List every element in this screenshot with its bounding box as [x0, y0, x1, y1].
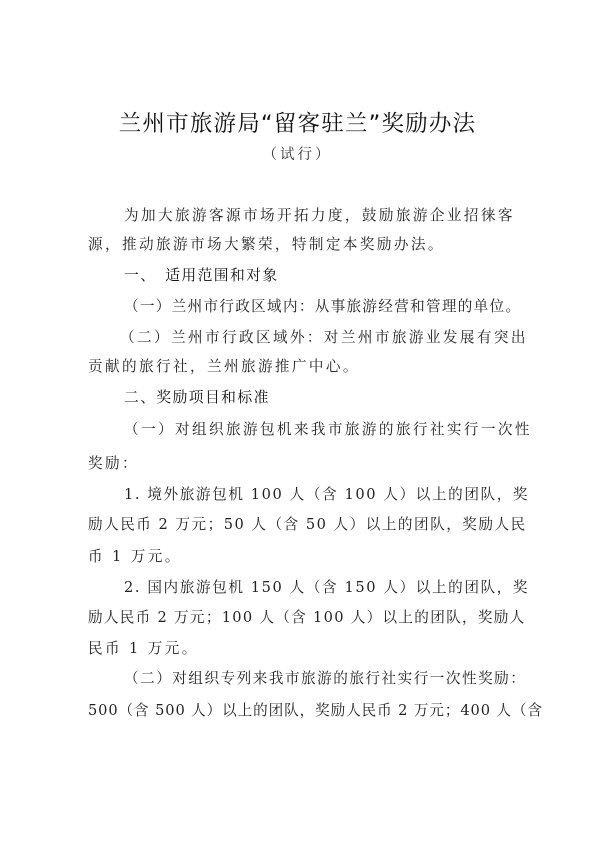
reward-item-1-line-2: 奖励：: [88, 454, 508, 474]
reward-item-2-line-1: （二）对组织专列来我市旅游的旅行社实行一次性奖励：: [124, 669, 508, 689]
document-page: 兰州市旅游局“留客驻兰”奖励办法 （试行） 为加大旅游客源市场开拓力度，鼓励旅游…: [0, 0, 595, 842]
charter-domestic-line-2: 励人民币 2 万元；100 人（含 100 人）以上的团队，奖励人: [88, 608, 508, 628]
charter-domestic-line-1: 2. 国内旅游包机 150 人（含 150 人）以上的团队，奖: [124, 578, 508, 598]
scope-item-1: （一）兰州市行政区域内：从事旅游经营和管理的单位。: [124, 297, 508, 317]
reward-item-1-line-1: （一）对组织旅游包机来我市旅游的旅行社实行一次性: [124, 420, 508, 440]
charter-abroad-line-2: 励人民币 2 万元；50 人（含 50 人）以上的团队，奖励人民: [88, 515, 508, 535]
section-heading-2: 二、奖励项目和标准: [124, 388, 508, 408]
intro-paragraph-line-1: 为加大旅游客源市场开拓力度，鼓励旅游企业招徕客: [124, 206, 508, 226]
scope-item-2-line-2: 贡献的旅行社，兰州旅游推广中心。: [88, 357, 508, 377]
scope-item-2-line-1: （二）兰州市行政区域外：对兰州市旅游业发展有突出: [120, 328, 540, 348]
reward-item-2-line-2: 500（含 500 人）以上的团队，奖励人民币 2 万元；400 人（含: [88, 701, 508, 721]
charter-abroad-line-3: 币 1 万元。: [88, 547, 508, 567]
charter-abroad-line-1: 1. 境外旅游包机 100 人（含 100 人）以上的团队，奖: [124, 485, 508, 505]
document-subtitle: （试行）: [0, 143, 595, 164]
charter-domestic-line-3: 民币 1 万元。: [88, 639, 508, 659]
intro-paragraph-line-2: 源，推动旅游市场大繁荣，特制定本奖励办法。: [88, 235, 508, 255]
document-title: 兰州市旅游局“留客驻兰”奖励办法: [0, 106, 595, 138]
section-heading-1: 一、 适用范围和对象: [124, 266, 508, 286]
